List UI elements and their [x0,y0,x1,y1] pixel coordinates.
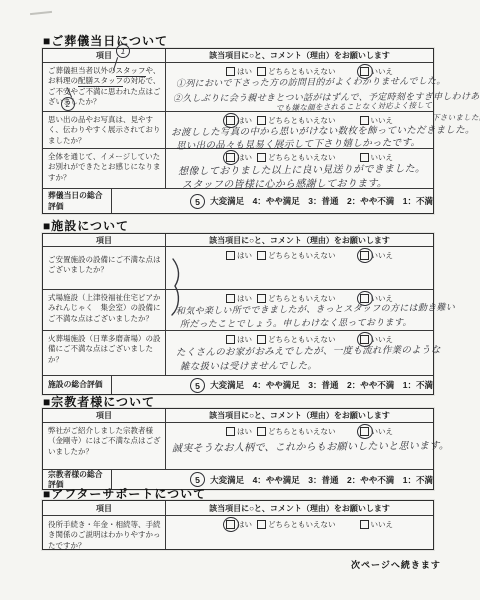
checkbox-neutral[interactable] [257,427,266,436]
option-row: はい どちらともいえない いいえ [166,423,433,437]
checkbox-neutral[interactable] [257,294,266,303]
rating-circled-5[interactable]: 5 [190,377,206,393]
option-neutral[interactable]: どちらともいえない [257,519,336,530]
answer-cell: はい どちらともいえない いいえ 誠実そうなお人柄で、これからもお願いしたいと思… [166,423,433,469]
option-no-label: いいえ [371,426,394,437]
column-header-item: 項目 [43,234,166,246]
answer-cell: はい どちらともいえない いいえ お渡しした写真の中から思いがけない数枚を飾って… [166,112,433,148]
column-header-comment: 該当項目に○と、コメント（理由）をお願いします [166,234,433,246]
table-row: 役所手続き・年金・相続等、手続き関係のご説明はわかりやすかったですか？ はい ど… [43,515,433,549]
question-ceremony-hall: 式場施設（上津役福祉住宅ピアかみれんじゃく 集会室）の設備にご不満な点はございま… [43,290,166,330]
next-page-note: 次ページへ続きます [351,558,441,571]
question-text: ご葬儀担当者以外の [48,66,116,75]
question-text-underlined: スタッフ [116,66,146,77]
column-header-comment: 該当項目に○と、コメント（理由）をお願いします [166,409,433,422]
section-title-facilities: ■施設について [43,217,129,234]
option-row: はい どちらともいえない いいえ [166,516,433,530]
table-row: 火葬場施設（日華多磨斎場）の設備にご不満な点はございましたか？ はい どちらとも… [43,330,433,375]
column-header-comment: 該当項目に○と、コメント（理由）をお願いします [166,501,433,515]
checkbox-no[interactable] [360,520,369,529]
option-no[interactable]: いいえ [360,519,394,530]
answer-cell: はい どちらともいえない いいえ [166,247,433,289]
question-text-underlined: 配膳スタッフ [78,76,123,87]
option-no[interactable]: いいえ [360,426,394,437]
option-yes[interactable]: はい [226,519,252,530]
handwritten-comment: 和気や楽しい所でできましたが、きっとスタッフの方には動き難い [176,300,455,317]
option-yes-label: はい [237,250,252,261]
rating-scale-text: 大変満足 4：やや満足 3：普通 2：やや不満 1：不満 [210,379,433,391]
question-memorial-display: 思い出の品やお写真は、見やすく、伝わりやすく展示されておりましたか？ [43,112,166,148]
checkbox-yes-selected[interactable] [226,153,235,162]
option-row: はい どちらともいえない いいえ [166,247,433,261]
rating-label-facilities: 施設の総合評価 [43,376,112,394]
column-header-item: 項目 [43,501,166,515]
question-crematorium: 火葬場施設（日華多磨斎場）の設備にご不満な点はございましたか？ [43,331,166,375]
column-header-item: 項目 [43,409,166,422]
rating-scale-text: 大変満足 4：やや満足 3：普通 2：やや不満 1：不満 [210,195,433,207]
table-facilities: 項目 該当項目に○と、コメント（理由）をお願いします ご安置施設の設備にご不満な… [42,233,434,395]
scan-noise-mark [30,11,52,15]
option-yes[interactable]: はい [226,250,252,261]
rating-label-funeral-day: 葬儀当日の総合評価 [43,189,112,213]
checkbox-yes[interactable] [226,67,235,76]
table-row: ご葬儀担当者以外のスタッフや、お料理の配膳スタッフの対応で、ご不安やご不満に思わ… [43,62,433,111]
option-yes-label: はい [237,426,252,437]
checkbox-yes-selected[interactable] [226,520,235,529]
table-clergy: 項目 該当項目に○と、コメント（理由）をお願いします 弊社がご紹介しました宗教者… [42,408,434,490]
handwritten-comment: たくさんのお家がおみえでしたが、一度も流れ作業のような [176,342,441,359]
scanned-survey-page: ■ご葬儀当日について 項目 該当項目に○と、コメント（理由）をお願いします ご葬… [0,0,480,600]
handwritten-comment: 誠実そうなお人柄で、これからもお願いしたいと思います。 [172,437,449,455]
rating-scale: 5 大変満足 4：やや満足 3：普通 2：やや不満 1：不満 [112,189,433,213]
checkbox-yes[interactable] [226,251,235,260]
question-clergy: 弊社がご紹介しました宗教者様（金剛寺）にはご不満な点はございましたか？ [43,423,166,469]
rating-circled-5[interactable]: 5 [190,193,206,209]
question-mortuary-facility: ご安置施設の設備にご不満な点はございましたか？ [43,247,166,289]
table-row: 弊社がご紹介しました宗教者様（金剛寺）にはご不満な点はございましたか？ はい ど… [43,422,433,469]
rating-scale: 5 大変満足 4：やや満足 3：普通 2：やや不満 1：不満 [112,376,433,394]
answer-cell: はい どちらともいえない いいえ [166,516,433,549]
option-no[interactable]: いいえ [360,250,394,261]
option-neutral[interactable]: どちらともいえない [257,250,336,261]
rating-row: 施設の総合評価 5 大変満足 4：やや満足 3：普通 2：やや不満 1：不満 [43,375,433,394]
option-no-label: いいえ [371,519,394,530]
table-funeral-day: 項目 該当項目に○と、コメント（理由）をお願いします ご葬儀担当者以外のスタッフ… [42,48,434,214]
rating-row: 葬儀当日の総合評価 5 大変満足 4：やや満足 3：普通 2：やや不満 1：不満 [43,188,433,213]
handwritten-comment: ①列においで下さった方の訪問目的がよくわかりませんでした。 [176,74,446,90]
column-header-comment: 該当項目に○と、コメント（理由）をお願いします [166,49,433,62]
table-row: 思い出の品やお写真は、見やすく、伝わりやすく展示されておりましたか？ はい どち… [43,111,433,148]
option-neutral-label: どちらともいえない [268,519,336,530]
question-overall-farewell: 全体を通じて、イメージしていたお別れができたとお感じになりますか？ [43,149,166,188]
table-row: 全体を通じて、イメージしていたお別れができたとお感じになりますか？ はい どちら… [43,148,433,188]
option-neutral-label: どちらともいえない [268,250,336,261]
option-neutral-label: どちらともいえない [268,426,336,437]
handwritten-comment: 所だったことでしょう。申しわけなく思っております。 [180,315,412,330]
table-after-support: 項目 該当項目に○と、コメント（理由）をお願いします 役所手続き・年金・相続等、… [42,500,434,550]
option-yes[interactable]: はい [226,426,252,437]
checkbox-neutral[interactable] [257,251,266,260]
checkbox-yes[interactable] [226,335,235,344]
answer-cell: はい どちらともいえない いいえ 和気や楽しい所でできましたが、きっとスタッフの… [166,290,433,330]
column-header-item: 項目 [43,49,166,62]
answer-cell: はい どちらともいえない いいえ たくさんのお家がおみえでしたが、一度も流れ作業… [166,331,433,375]
handwritten-comment: スタッフの皆様に心から感謝しております。 [182,174,387,190]
checkbox-no-selected[interactable] [360,427,369,436]
option-neutral[interactable]: どちらともいえない [257,426,336,437]
table-row: ご安置施設の設備にご不満な点はございましたか？ はい どちらともいえない いいえ [43,246,433,289]
checkbox-neutral[interactable] [257,520,266,529]
table-row: 式場施設（上津役福祉住宅ピアかみれんじゃく 集会室）の設備にご不満な点はございま… [43,289,433,330]
option-yes-label: はい [237,519,252,530]
handwritten-comment: 雑な扱いは受けませんでした。 [180,358,317,373]
annotation-circle-2: 2 [61,97,75,111]
rating-scale-text: 大変満足 4：やや満足 3：普通 2：やや不満 1：不満 [210,474,433,486]
question-procedures: 役所手続き・年金・相続等、手続き関係のご説明はわかりやすかったですか？ [43,516,166,549]
answer-cell: はい どちらともいえない いいえ 想像しておりました以上に良い見送りができました… [166,149,433,188]
section-title-funeral-day: ■ご葬儀当日について [43,32,168,49]
option-no-label: いいえ [371,250,394,261]
checkbox-yes[interactable] [226,294,235,303]
checkbox-no-selected[interactable] [360,251,369,260]
answer-cell: はい どちらともいえない いいえ ①列においで下さった方の訪問目的がよくわかりま… [166,63,433,111]
annotation-circle-1: 1 [116,44,130,58]
checkbox-yes[interactable] [226,427,235,436]
